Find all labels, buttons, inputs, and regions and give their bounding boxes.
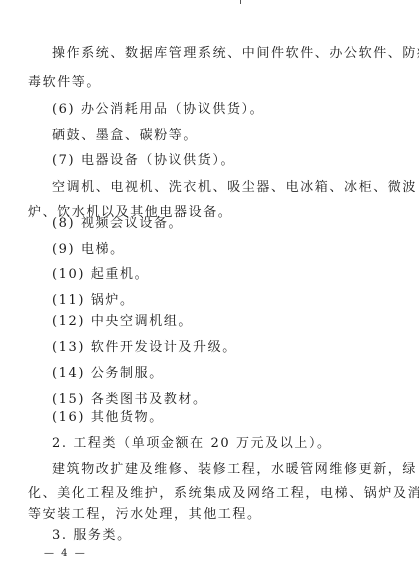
paragraph-software-line-2: 毒软件等。 — [28, 75, 101, 91]
item-heading-9: (9) 电梯。 — [52, 242, 125, 258]
item-body-6: 硒鼓、墨盒、碳粉等。 — [52, 128, 198, 144]
paragraph-software-line-1: 操作系统、数据库管理系统、中间件软件、办公软件、防病 — [52, 46, 419, 62]
item-heading-11: (11) 锅炉。 — [52, 293, 135, 309]
section-body-2-line-1: 建筑物改扩建及维修、装修工程，水暖管网维修更新，绿 — [52, 462, 417, 478]
item-heading-14: (14) 公务制服。 — [52, 366, 164, 382]
page-number: — 4 — — [44, 548, 87, 559]
item-heading-7: (7) 电器设备（协议供货）。 — [52, 153, 235, 169]
page-edge-mark — [240, 0, 241, 4]
section-body-2-line-2: 化、美化工程及维护，系统集成及网络工程，电梯、锅炉及消防 — [28, 486, 419, 502]
section-heading-2: 2. 工程类（单项金额在 20 万元及以上）。 — [52, 436, 332, 452]
section-body-2-line-3: 等安装工程，污水处理，其他工程。 — [28, 507, 262, 523]
section-heading-3: 3. 服务类。 — [52, 528, 132, 544]
item-heading-10: (10) 起重机。 — [52, 267, 149, 283]
item-body-7-line-1: 空调机、电视机、洗衣机、吸尘器、电冰箱、冰柜、微波 — [52, 180, 417, 196]
document-page: 操作系统、数据库管理系统、中间件软件、办公软件、防病 毒软件等。 (6) 办公消… — [0, 0, 419, 580]
item-heading-16: (16) 其他货物。 — [52, 410, 164, 426]
item-heading-6: (6) 办公消耗用品（协议供货）。 — [52, 102, 264, 118]
item-heading-8: (8) 视频会议设备。 — [52, 216, 183, 232]
item-heading-15: (15) 各类图书及教材。 — [52, 392, 208, 408]
item-heading-12: (12) 中央空调机组。 — [52, 314, 193, 330]
item-heading-13: (13) 软件开发设计及升级。 — [52, 340, 237, 356]
